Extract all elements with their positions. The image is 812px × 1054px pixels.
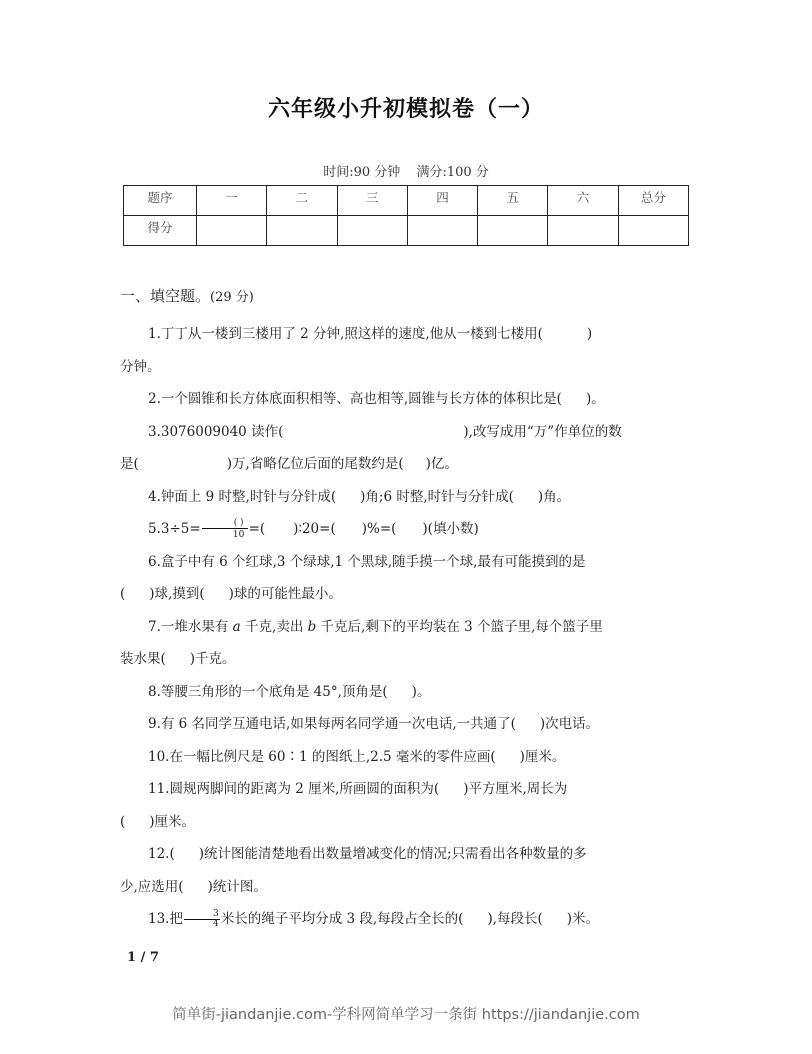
q-text: 3.3076009040 读作( xyxy=(148,424,283,440)
q-text: 11.圆规两脚间的距离为 2 厘米,所画圆的面积为( xyxy=(148,781,439,797)
variable-b: b xyxy=(308,619,317,635)
question-12-cont: 少,应选用()统计图。 xyxy=(120,871,695,904)
score-cell xyxy=(337,216,407,246)
q-text: )平方厘米,周长为 xyxy=(463,781,567,797)
question-1: 1.丁丁从一楼到三楼用了 2 分钟,照这样的速度,他从一楼到七楼用() xyxy=(120,318,695,351)
q-text: )次电话。 xyxy=(540,716,599,732)
q-text: )∶20=( xyxy=(293,521,336,537)
question-2: 2.一个圆锥和长方体底面积相等、高也相等,圆锥与长方体的体积比是()。 xyxy=(120,383,695,416)
question-7: 7.一堆水果有 a 千克,卖出 b 千克后,剩下的平均装在 3 个篮子里,每个篮… xyxy=(120,611,695,644)
q-text: )千克。 xyxy=(190,651,236,667)
q-text: )。 xyxy=(412,684,431,700)
question-7-cont: 装水果()千克。 xyxy=(120,643,695,676)
q-text: 米长的绳子平均分成 3 段,每段占全长的( xyxy=(221,911,464,927)
score-cell xyxy=(618,216,688,246)
q-text: ( xyxy=(120,586,125,602)
q-text: 千克后,剩下的平均装在 3 个篮子里,每个篮子里 xyxy=(316,619,603,635)
question-11-cont: ()厘米。 xyxy=(120,806,695,839)
q-text: 12.( xyxy=(148,846,175,862)
header-cell: 总分 xyxy=(618,186,688,216)
q-text: =( xyxy=(249,521,266,537)
q-text: 少,应选用( xyxy=(120,879,184,895)
q-text: )亿。 xyxy=(426,456,458,472)
q-text: 9.有 6 名同学互通电话,如果每两名同学通一次电话,一共通了( xyxy=(148,716,516,732)
score-cell xyxy=(407,216,477,246)
question-10: 10.在一幅比例尺是 60∶1 的图纸上,2.5 毫米的零件应画()厘米。 xyxy=(120,741,695,774)
section-points: (29 分) xyxy=(210,290,254,305)
q-text: )角。 xyxy=(538,489,570,505)
row-label: 得分 xyxy=(124,216,197,246)
q-text: )厘米。 xyxy=(149,814,195,830)
question-8: 8.等腰三角形的一个底角是 45°,顶角是()。 xyxy=(120,676,695,709)
q-text: 6.盒子中有 6 个红球,3 个绿球,1 个黑球,随手摸一个球,最有可能摸到的是 xyxy=(148,554,585,570)
header-cell: 四 xyxy=(407,186,477,216)
question-5: 5.3÷5=( )10=()∶20=()%=()(填小数) xyxy=(120,513,695,546)
score-cell xyxy=(548,216,618,246)
page-title: 六年级小升初模拟卷（一） xyxy=(0,92,812,123)
q-text: 分钟。 xyxy=(120,359,161,375)
header-cell: 五 xyxy=(478,186,548,216)
fraction: ( )10 xyxy=(202,519,248,540)
header-cell: 题序 xyxy=(124,186,197,216)
q-text: ( xyxy=(120,814,125,830)
question-13: 13.把34米长的绳子平均分成 3 段,每段占全长的(),每段长()米。 xyxy=(120,903,695,936)
q-text: )米。 xyxy=(567,911,599,927)
q-text: )厘米。 xyxy=(520,749,566,765)
fraction-denominator: 10 xyxy=(202,529,248,540)
section-heading: 一、填空题。(29 分) xyxy=(120,285,254,306)
footer-watermark: 简单街-jiandanjie.com-学科网简单学习一条街 https://ji… xyxy=(0,1003,812,1024)
exam-full-score: 满分:100 分 xyxy=(416,165,488,180)
score-cell xyxy=(478,216,548,246)
header-cell: 六 xyxy=(548,186,618,216)
question-3: 3.3076009040 读作(),改写成用“万”作单位的数 xyxy=(120,416,695,449)
score-table: 题序 一 二 三 四 五 六 总分 得分 xyxy=(123,185,689,246)
score-cell xyxy=(197,216,267,246)
score-table-score-row: 得分 xyxy=(124,216,689,246)
q-text: ),每段长( xyxy=(487,911,542,927)
question-9: 9.有 6 名同学互通电话,如果每两名同学通一次电话,一共通了()次电话。 xyxy=(120,708,695,741)
header-cell: 一 xyxy=(197,186,267,216)
q-text: 5.3÷5= xyxy=(148,521,201,537)
section-title: 一、填空题。 xyxy=(120,287,210,305)
page-indicator: 1 / 7 xyxy=(127,950,159,965)
q-text: )角;6 时整,时针与分针成( xyxy=(360,489,514,505)
q-text: )球的可能性最小。 xyxy=(229,586,342,602)
question-12: 12.()统计图能清楚地看出数量增减变化的情况;只需看出各种数量的多 xyxy=(120,838,695,871)
q-text: 2.一个圆锥和长方体底面积相等、高也相等,圆锥与长方体的体积比是( xyxy=(148,391,562,407)
q-text: 4.钟面上 9 时整,时针与分针成( xyxy=(148,489,336,505)
q-text: 10.在一幅比例尺是 60∶1 的图纸上,2.5 毫米的零件应画( xyxy=(148,749,496,765)
q-text: )统计图。 xyxy=(208,879,267,895)
question-11: 11.圆规两脚间的距离为 2 厘米,所画圆的面积为()平方厘米,周长为 xyxy=(120,773,695,806)
header-cell: 二 xyxy=(267,186,337,216)
exam-meta: 时间:90 分钟 满分:100 分 xyxy=(0,161,812,180)
q-text: )球,摸到( xyxy=(149,586,204,602)
fraction: 34 xyxy=(184,910,220,929)
fraction-denominator: 4 xyxy=(184,920,220,929)
q-text: )(填小数) xyxy=(422,521,478,537)
q-text: )%=( xyxy=(362,521,397,537)
q-text: 装水果( xyxy=(120,651,166,667)
header-cell: 三 xyxy=(337,186,407,216)
question-1-cont: 分钟。 xyxy=(120,351,695,384)
q-text: )。 xyxy=(586,391,605,407)
question-3-cont: 是()万,省略亿位后面的尾数约是()亿。 xyxy=(120,448,695,481)
q-text: 是( xyxy=(120,456,139,472)
q-text: ),改写成用“万”作单位的数 xyxy=(463,424,621,440)
q-text: )统计图能清楚地看出数量增减变化的情况;只需看出各种数量的多 xyxy=(199,846,587,862)
question-6: 6.盒子中有 6 个红球,3 个绿球,1 个黑球,随手摸一个球,最有可能摸到的是 xyxy=(120,546,695,579)
question-list: 1.丁丁从一楼到三楼用了 2 分钟,照这样的速度,他从一楼到七楼用() 分钟。 … xyxy=(120,318,695,936)
variable-a: a xyxy=(233,619,241,635)
q-text: 8.等腰三角形的一个底角是 45°,顶角是( xyxy=(148,684,388,700)
question-4: 4.钟面上 9 时整,时针与分针成()角;6 时整,时针与分针成()角。 xyxy=(120,481,695,514)
fraction-numerator: ( ) xyxy=(202,519,248,529)
q-text: 1.丁丁从一楼到三楼用了 2 分钟,照这样的速度,他从一楼到七楼用( xyxy=(148,326,543,342)
q-text: )万,省略亿位后面的尾数约是( xyxy=(227,456,404,472)
q-text: 7.一堆水果有 xyxy=(148,619,233,635)
q-text: ) xyxy=(587,326,592,342)
exam-time: 时间:90 分钟 xyxy=(323,165,400,180)
question-6-cont: ()球,摸到()球的可能性最小。 xyxy=(120,578,695,611)
q-text: 13.把 xyxy=(148,911,183,927)
score-cell xyxy=(267,216,337,246)
q-text: 千克,卖出 xyxy=(241,619,308,635)
score-table-header-row: 题序 一 二 三 四 五 六 总分 xyxy=(124,186,689,216)
